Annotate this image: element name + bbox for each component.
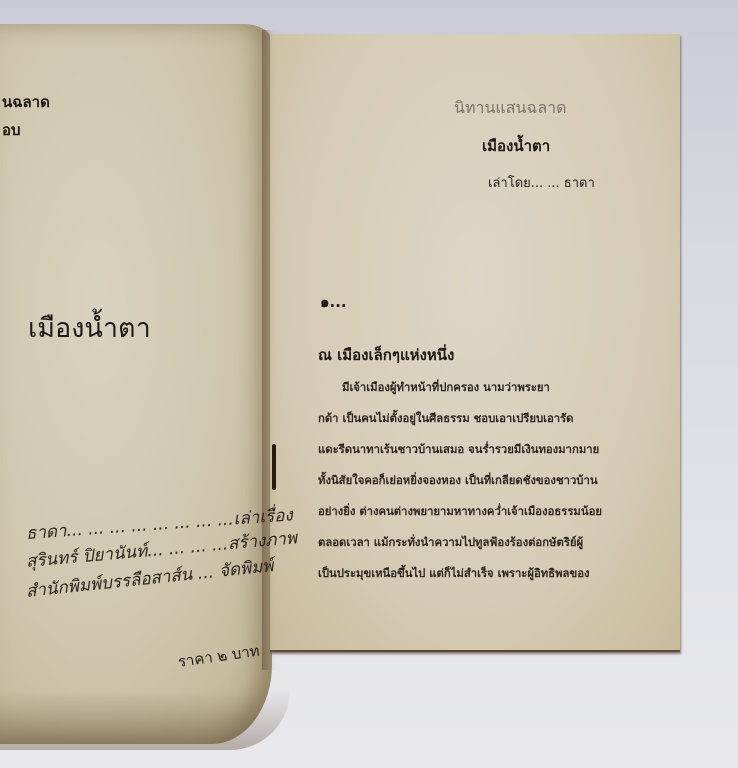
binding-staple xyxy=(272,444,276,490)
left-cutoff-line-1: นฉลาด xyxy=(2,90,50,114)
body-line: ตลอดเวลา แม้กระทั่งนำความไปทูลฟ้องร้องต่… xyxy=(318,527,630,558)
left-page xyxy=(0,24,272,744)
body-line: มีเจ้าเมืองผู้ทำหน้าที่ปกครอง นามว่าพระย… xyxy=(318,372,630,403)
body-line: อย่างยิ่ง ต่างคนต่างพยายามหาทางคว่ำเจ้าเ… xyxy=(318,496,630,527)
book-photo: นฉลาด อบ เมืองน้ำตา ธาดา... ... ... ... … xyxy=(0,0,738,768)
section-heading: ณ เมืองเล็กๆแห่งหนึ่ง xyxy=(318,343,454,367)
author-line: เล่าโดย... ... ธาดา xyxy=(488,172,595,193)
story-title: เมืองน้ำตา xyxy=(482,134,550,158)
chapter-number: ๑... xyxy=(320,290,347,314)
body-text: มีเจ้าเมืองผู้ทำหน้าที่ปกครอง นามว่าพระย… xyxy=(318,372,630,589)
body-line: กด้า เป็นคนไม่ตั้งอยู่ในศีลธรรม ชอบเอาเป… xyxy=(318,403,630,434)
left-page-curl-shadow xyxy=(0,690,290,750)
left-cutoff-line-2: อบ xyxy=(2,118,21,142)
series-title: นิทานแสนฉลาด xyxy=(454,96,567,121)
body-line: แดะรีดนาทาเร้นชาวบ้านเสมอ จนร่ำรวยมีเงิน… xyxy=(318,434,630,465)
left-page-title: เมืองน้ำตา xyxy=(28,306,151,349)
body-line: เป็นประมุขเหนือขึ้นไป แต่ก็ไม่สำเร็จ เพร… xyxy=(318,558,630,589)
body-line: ทั้งนิสัยใจคอก็เย่อหยิ่งจองหอง เป็นที่เก… xyxy=(318,465,630,496)
